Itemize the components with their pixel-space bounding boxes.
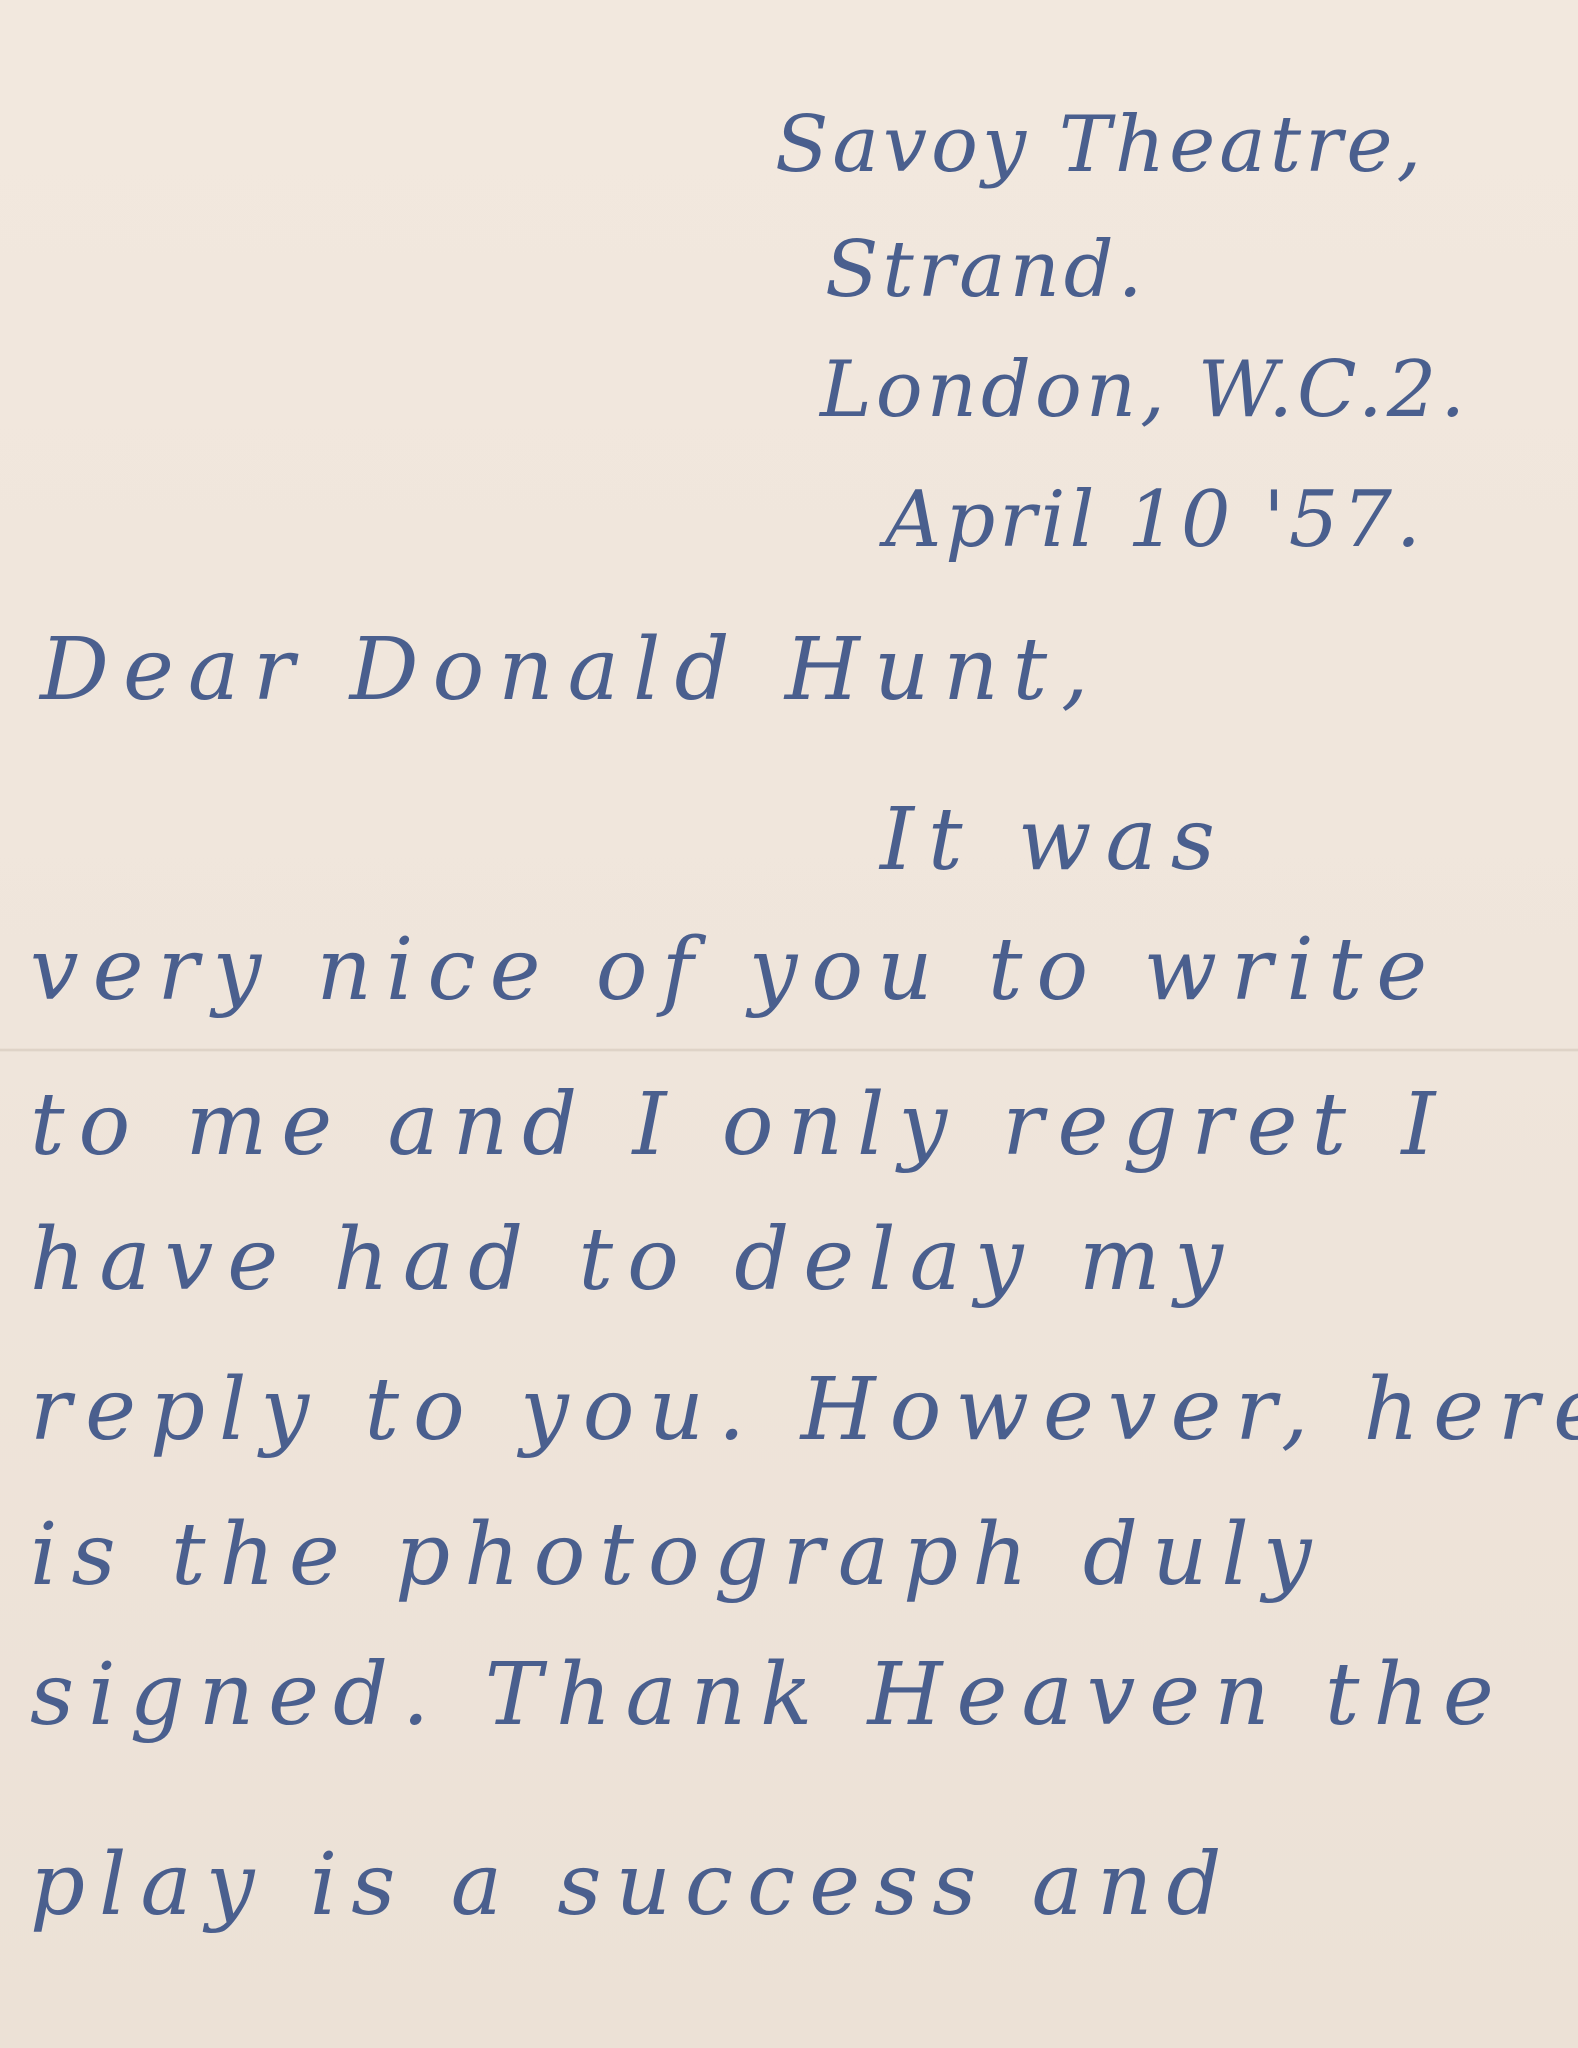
body-line-7: signed. Thank Heaven the — [30, 1645, 1508, 1745]
address-line-street: Strand. — [825, 225, 1147, 315]
letter-date: April 10 '57. — [885, 475, 1425, 565]
address-line-city: London, W.C.2. — [820, 345, 1469, 435]
body-line-8: play is a success and — [30, 1835, 1235, 1935]
address-line-theatre: Savoy Theatre, — [775, 100, 1425, 190]
paper-fold-crease — [0, 1048, 1578, 1052]
body-line-6: is the photograph duly — [30, 1505, 1325, 1605]
body-line-5: reply to you. However, here — [30, 1360, 1578, 1460]
body-line-2: very nice of you to write — [30, 920, 1441, 1020]
body-line-4: have had to delay my — [30, 1210, 1237, 1310]
body-line-3: to me and I only regret I — [30, 1075, 1449, 1175]
letter-page: Savoy Theatre, Strand. London, W.C.2. Ap… — [0, 0, 1578, 2048]
body-line-1: It was — [880, 790, 1229, 890]
salutation: Dear Donald Hunt, — [40, 620, 1103, 720]
